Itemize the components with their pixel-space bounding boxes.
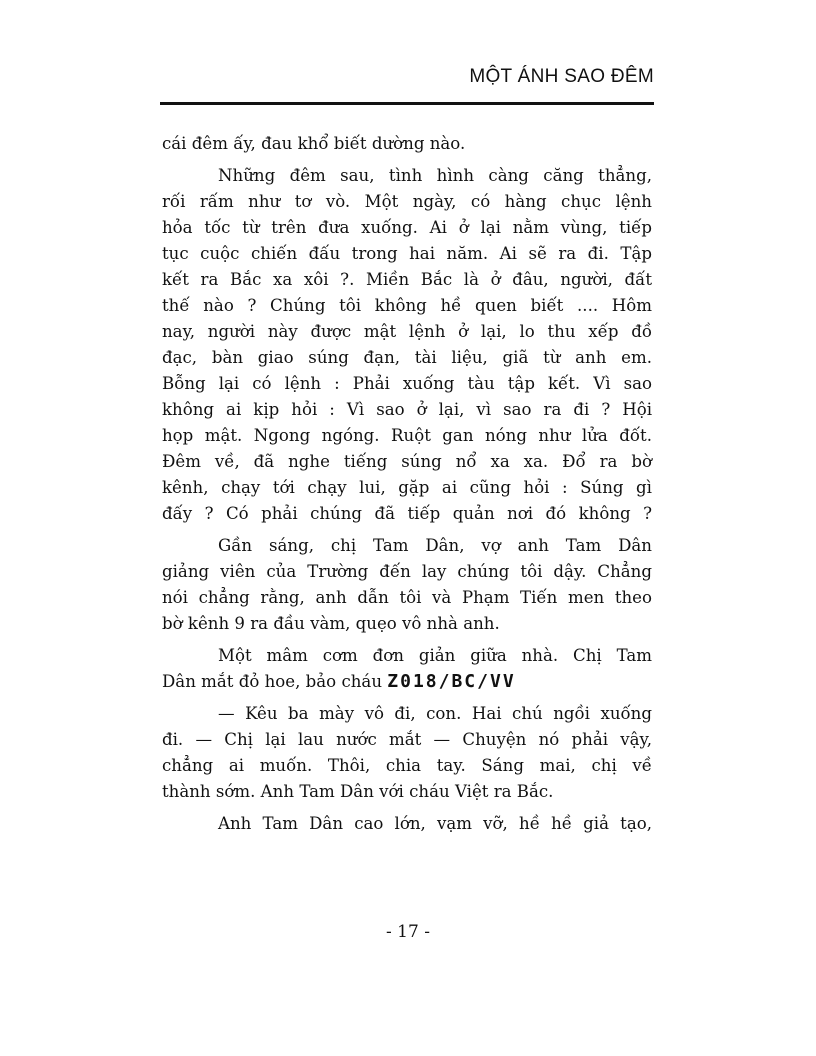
running-title: MỘT ÁNH SAO ĐÊM — [469, 66, 654, 88]
body-text: cái đêm ấy, đau khổ biết dường nào. Nhữn… — [162, 131, 652, 837]
text-line: đi. — Chị lại lau nước mắt — Chuyện nó p… — [162, 727, 652, 753]
paragraph: Những đêm sau, tình hình càng căng thẳng… — [162, 163, 652, 527]
text-line: chẳng ai muốn. Thôi, chia tay. Sáng mai,… — [162, 753, 652, 779]
text-line: đấy ? Có phải chúng đã tiếp quản nơi đó … — [162, 501, 652, 527]
paragraph: cái đêm ấy, đau khổ biết dường nào. — [162, 131, 652, 157]
text-fragment: Dân mắt đỏ hoe, bảo cháu — [162, 672, 387, 691]
text-line: bờ kênh 9 ra đầu vàm, quẹo vô nhà anh. — [162, 611, 652, 637]
text-line: cái đêm ấy, đau khổ biết dường nào. — [162, 131, 652, 157]
library-stamp: Z018/BC/VV — [387, 671, 515, 692]
text-line: thành sớm. Anh Tam Dân với cháu Việt ra … — [162, 779, 652, 805]
text-line: Bỗng lại có lệnh : Phải xuống tàu tập kế… — [162, 371, 652, 397]
paragraph: Gần sáng, chị Tam Dân, vợ anh Tam Dân gi… — [162, 533, 652, 637]
text-line: không ai kịp hỏi : Vì sao ở lại, vì sao … — [162, 397, 652, 423]
text-line: kênh, chạy tới chạy lui, gặp ai cũng hỏi… — [162, 475, 652, 501]
text-line: nói chẳng rằng, anh dẫn tôi và Phạm Tiến… — [162, 585, 652, 611]
paragraph: Một mâm cơm đơn giản giữa nhà. Chị Tam D… — [162, 643, 652, 695]
text-line: Một mâm cơm đơn giản giữa nhà. Chị Tam — [162, 643, 652, 669]
text-line: Anh Tam Dân cao lớn, vạm vỡ, hề hề giả t… — [162, 811, 652, 837]
text-line: Đêm về, đã nghe tiếng súng nổ xa xa. Đổ … — [162, 449, 652, 475]
text-line: đạc, bàn giao súng đạn, tài liệu, giã từ… — [162, 345, 652, 371]
text-line: hỏa tốc từ trên đưa xuống. Ai ở lại nằm … — [162, 215, 652, 241]
text-line: nay, người này được mật lệnh ở lại, lo t… — [162, 319, 652, 345]
text-line-with-stamp: Dân mắt đỏ hoe, bảo cháu Z018/BC/VV — [162, 669, 652, 695]
header-rule — [160, 102, 654, 105]
text-line: tục cuộc chiến đấu trong hai năm. Ai sẽ … — [162, 241, 652, 267]
paragraph: Anh Tam Dân cao lớn, vạm vỡ, hề hề giả t… — [162, 811, 652, 837]
book-page: MỘT ÁNH SAO ĐÊM cái đêm ấy, đau khổ biết… — [0, 0, 816, 1056]
text-line: — Kêu ba mày vô đi, con. Hai chú ngồi xu… — [162, 701, 652, 727]
text-line: họp mật. Ngong ngóng. Ruột gan nóng như … — [162, 423, 652, 449]
text-line: thế nào ? Chúng tôi không hề quen biết .… — [162, 293, 652, 319]
paragraph: — Kêu ba mày vô đi, con. Hai chú ngồi xu… — [162, 701, 652, 805]
page-number: - 17 - — [0, 922, 816, 942]
text-line: rối rấm như tơ vò. Một ngày, có hàng chụ… — [162, 189, 652, 215]
text-line: kết ra Bắc xa xôi ?. Miền Bắc là ở đâu, … — [162, 267, 652, 293]
text-line: Gần sáng, chị Tam Dân, vợ anh Tam Dân — [162, 533, 652, 559]
text-line: giảng viên của Trường đến lay chúng tôi … — [162, 559, 652, 585]
text-line: Những đêm sau, tình hình càng căng thẳng… — [162, 163, 652, 189]
